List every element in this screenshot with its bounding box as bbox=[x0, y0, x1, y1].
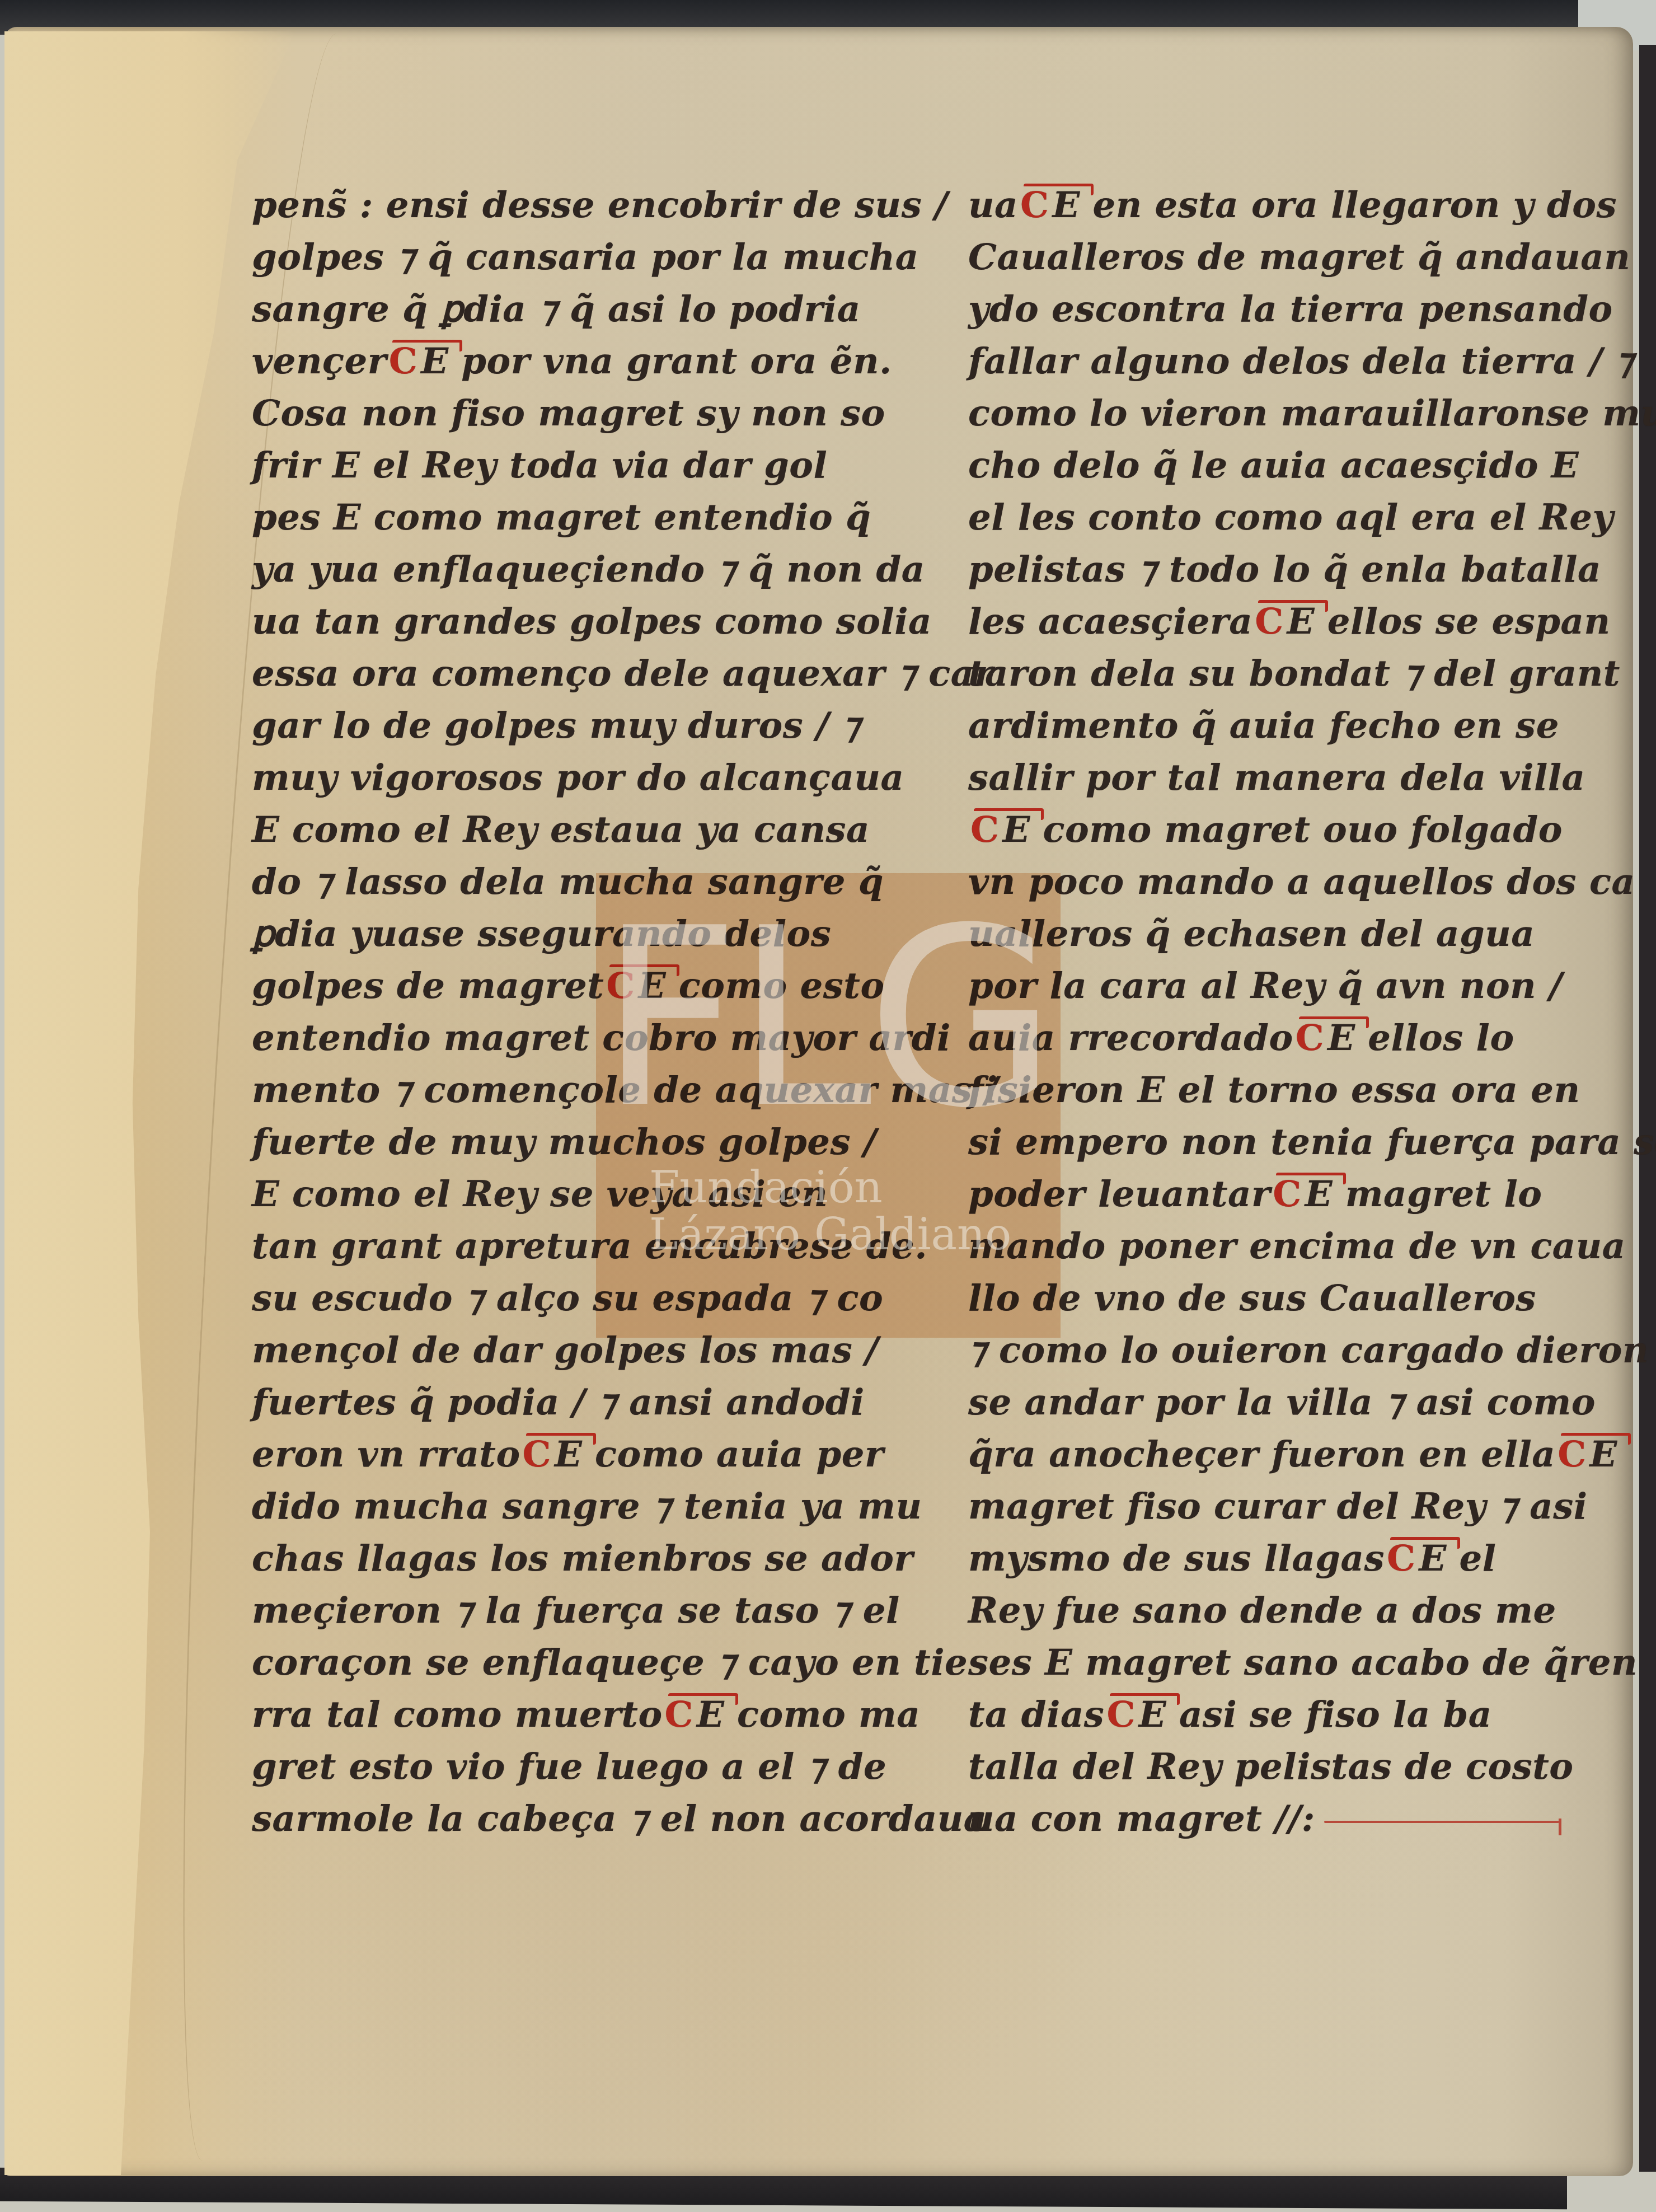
line-text: E como el Rey estaua ya cansa bbox=[252, 809, 870, 851]
manuscript-line: rra tal como muertoCE como ma bbox=[252, 1689, 946, 1741]
line-text: chas llagas los mienbros se ador bbox=[252, 1538, 913, 1580]
manuscript-line: muy vigorosos por do alcançaua bbox=[252, 752, 946, 804]
line-text: Caualleros de magret q̃ andauan bbox=[968, 236, 1630, 278]
line-text-after-rubric: E como magret ouo folgado bbox=[1002, 809, 1563, 851]
rubric-pilcrow-icon: C bbox=[1255, 596, 1283, 648]
manuscript-line: llo de vno de sus Caualleros bbox=[968, 1272, 1656, 1324]
manuscript-line: mando poner encima de vn caua bbox=[968, 1220, 1656, 1272]
manuscript-line: meçieron ⁊ la fuerça se taso ⁊ el bbox=[252, 1585, 946, 1637]
manuscript-line: fisieron E el torno essa ora en bbox=[968, 1064, 1656, 1116]
line-text: pens̃ : ensi desse encobrir de sus / bbox=[252, 184, 948, 226]
line-text: dido mucha sangre ⁊ tenia ya mu bbox=[252, 1485, 922, 1527]
rubric-pilcrow-icon: C bbox=[1106, 1689, 1135, 1741]
manuscript-line: frir E el Rey toda via dar gol bbox=[252, 439, 946, 491]
line-text: muy vigorosos por do alcançaua bbox=[252, 757, 904, 799]
manuscript-line: vn poco mando a aquellos dos ca bbox=[968, 856, 1656, 908]
line-text: ydo escontra la tierra pensando bbox=[968, 288, 1613, 330]
manuscript-line: ualleros q̃ echasen del agua bbox=[968, 908, 1656, 960]
rubric-pilcrow-icon: C bbox=[1558, 1428, 1586, 1480]
line-text: Cosa non fiso magret sy non so bbox=[252, 392, 885, 434]
line-text-after-rubric: E como auia per bbox=[555, 1433, 884, 1475]
line-text: fuertes q̃ podia / ⁊ ansi andodi bbox=[252, 1381, 865, 1423]
rubric-pilcrow-icon: C bbox=[970, 804, 999, 856]
line-text: ardimento q̃ auia fecho en se bbox=[968, 705, 1559, 747]
manuscript-line: mysmo de sus llagasCE el bbox=[968, 1533, 1656, 1585]
line-text: ua bbox=[968, 184, 1018, 226]
line-text: taron dela su bondat ⁊ del grant bbox=[968, 653, 1620, 695]
watermark-caption: Fundación Lázaro Galdiano bbox=[649, 1164, 1011, 1258]
line-text: Rey fue sano dende a dos me bbox=[968, 1590, 1556, 1632]
line-text: ses E magret sano acabo de q̃ren bbox=[968, 1642, 1638, 1684]
manuscript-line: q̃ra anocheçer fueron en ellaCE bbox=[968, 1428, 1656, 1480]
line-text: golpes de magret bbox=[252, 965, 604, 1007]
rubric-pilcrow-icon: C bbox=[1296, 1012, 1324, 1064]
manuscript-line: ses E magret sano acabo de q̃ren bbox=[968, 1637, 1656, 1689]
line-text: magret fiso curar del Rey ⁊ asi bbox=[968, 1485, 1588, 1527]
manuscript-line: el les conto como aql era el Rey bbox=[968, 491, 1656, 543]
line-text: pes E como magret entendio q̃ bbox=[252, 496, 871, 538]
manuscript-line: poder leuantarCE magret lo bbox=[968, 1168, 1656, 1220]
rubric-pilcrow-icon: C bbox=[389, 335, 417, 387]
watermark-logo: FLG bbox=[599, 896, 1063, 1142]
manuscript-line: E como el Rey estaua ya cansa bbox=[252, 804, 946, 856]
manuscript-line: si empero non tenia fuerça para se bbox=[968, 1116, 1656, 1168]
rubric-pilcrow-icon: C bbox=[1020, 179, 1049, 231]
line-text: gar lo de golpes muy duros / ⁊ bbox=[252, 705, 860, 747]
manuscript-line: fuertes q̃ podia / ⁊ ansi andodi bbox=[252, 1376, 946, 1428]
manuscript-line: uaCE en esta ora llegaron y dos bbox=[968, 179, 1656, 231]
manuscript-line: magret fiso curar del Rey ⁊ asi bbox=[968, 1480, 1656, 1533]
manuscript-line: Caualleros de magret q̃ andauan bbox=[968, 231, 1656, 283]
manuscript-line: como lo vieron marauillaronse mu bbox=[968, 387, 1656, 439]
line-text: frir E el Rey toda via dar gol bbox=[252, 444, 827, 486]
manuscript-line: golpes ⁊ q̃ cansaria por la mucha bbox=[252, 231, 946, 283]
line-text: se andar por la villa ⁊ asi como bbox=[968, 1381, 1596, 1423]
line-text: ⁊ como lo ouieron cargado dieron bbox=[968, 1329, 1649, 1371]
manuscript-line: auia rrecordadoCE ellos lo bbox=[968, 1012, 1656, 1064]
line-text: fallar alguno delos dela tierra / ⁊ bbox=[968, 340, 1634, 382]
line-text-after-rubric: E en esta ora llegaron y dos bbox=[1052, 184, 1617, 226]
line-text-after-rubric: E ellos se espan bbox=[1287, 601, 1611, 643]
line-text: el les conto como aql era el Rey bbox=[968, 496, 1613, 538]
line-text: cho delo q̃ le auia acaesçido E bbox=[968, 444, 1579, 486]
explicit-red-rule bbox=[1324, 1821, 1559, 1823]
manuscript-line: vençerCE por vna grant ora ẽn. bbox=[252, 335, 946, 387]
line-text: essa ora començo dele aquexar ⁊ car bbox=[252, 653, 993, 695]
manuscript-line: ua con magret //: bbox=[968, 1793, 1656, 1845]
manuscript-line: CE como magret ouo folgado bbox=[968, 804, 1656, 856]
right-column: uaCE en esta ora llegaron y dosCauallero… bbox=[968, 179, 1656, 1845]
line-text: golpes ⁊ q̃ cansaria por la mucha bbox=[252, 236, 919, 278]
line-text: q̃ra anocheçer fueron en ella bbox=[968, 1433, 1555, 1475]
manuscript-line: dido mucha sangre ⁊ tenia ya mu bbox=[252, 1480, 946, 1533]
line-text: vençer bbox=[252, 340, 387, 382]
manuscript-line: se andar por la villa ⁊ asi como bbox=[968, 1376, 1656, 1428]
rubric-pilcrow-icon: C bbox=[1387, 1533, 1415, 1585]
line-text: mysmo de sus llagas bbox=[968, 1538, 1385, 1580]
manuscript-line: sangre q̃ ꝑdia ⁊ q̃ asi lo podria bbox=[252, 283, 946, 335]
line-text: sallir por tal manera dela villa bbox=[968, 757, 1585, 799]
manuscript-line: gret esto vio fue luego a el ⁊ de bbox=[252, 1741, 946, 1793]
manuscript-line: pes E como magret entendio q̃ bbox=[252, 491, 946, 543]
manuscript-line: ua tan grandes golpes como solia bbox=[252, 596, 946, 648]
manuscript-line: por la cara al Rey q̃ avn non / bbox=[968, 960, 1656, 1012]
manuscript-line: ya yua enflaqueçiendo ⁊ q̃ non da bbox=[252, 543, 946, 596]
line-text: como lo vieron marauillaronse mu bbox=[968, 392, 1656, 434]
line-text: rra tal como muerto bbox=[252, 1694, 663, 1736]
line-text: talla del Rey pelistas de costo bbox=[968, 1746, 1574, 1788]
line-text: ua tan grandes golpes como solia bbox=[252, 601, 932, 643]
rubric-pilcrow-icon: C bbox=[523, 1428, 551, 1480]
watermark-caption-line1: Fundación bbox=[649, 1164, 1011, 1211]
line-text: sarmole la cabeça ⁊ el non acordaua bbox=[252, 1798, 987, 1840]
manuscript-line: fallar alguno delos dela tierra / ⁊ bbox=[968, 335, 1656, 387]
line-text-after-rubric: E por vna grant ora ẽn. bbox=[421, 340, 892, 382]
manuscript-line: pens̃ : ensi desse encobrir de sus / bbox=[252, 179, 946, 231]
watermark-caption-line2: Lázaro Galdiano bbox=[649, 1211, 1011, 1258]
line-text: si empero non tenia fuerça para se bbox=[968, 1121, 1656, 1163]
manuscript-line: essa ora començo dele aquexar ⁊ car bbox=[252, 648, 946, 700]
line-text: pelistas ⁊ todo lo q̃ enla batalla bbox=[968, 549, 1601, 591]
manuscript-line: talla del Rey pelistas de costo bbox=[968, 1741, 1656, 1793]
line-text: les acaesçiera bbox=[968, 601, 1252, 643]
manuscript-line: ta diasCE asi se fiso la ba bbox=[968, 1689, 1656, 1741]
line-text: vn poco mando a aquellos dos ca bbox=[968, 861, 1635, 903]
manuscript-line: sarmole la cabeça ⁊ el non acordaua bbox=[252, 1793, 946, 1845]
manuscript-line: chas llagas los mienbros se ador bbox=[252, 1533, 946, 1585]
rubric-pilcrow-icon: C bbox=[1273, 1168, 1301, 1220]
rubric-pilcrow-icon: C bbox=[665, 1689, 693, 1741]
manuscript-line: ⁊ como lo ouieron cargado dieron bbox=[968, 1324, 1656, 1376]
line-text: ta dias bbox=[968, 1694, 1104, 1736]
manuscript-line: les acaesçieraCE ellos se espan bbox=[968, 596, 1656, 648]
manuscript-line: taron dela su bondat ⁊ del grant bbox=[968, 648, 1656, 700]
manuscript-line: pelistas ⁊ todo lo q̃ enla batalla bbox=[968, 543, 1656, 596]
line-text: eron vn rrato bbox=[252, 1433, 520, 1475]
manuscript-line: eron vn rratoCE como auia per bbox=[252, 1428, 946, 1480]
manuscript-line: ardimento q̃ auia fecho en se bbox=[968, 700, 1656, 752]
manuscript-line: Cosa non fiso magret sy non so bbox=[252, 387, 946, 439]
line-text: ua con magret //: bbox=[968, 1798, 1315, 1840]
line-text: mando poner encima de vn caua bbox=[968, 1225, 1626, 1267]
line-text: sangre q̃ ꝑdia ⁊ q̃ asi lo podria bbox=[252, 288, 861, 330]
line-text: ya yua enflaqueçiendo ⁊ q̃ non da bbox=[252, 549, 925, 591]
line-text: gret esto vio fue luego a el ⁊ de bbox=[252, 1746, 886, 1788]
line-text: meçieron ⁊ la fuerça se taso ⁊ el bbox=[252, 1590, 900, 1632]
line-text: coraçon se enflaqueçe ⁊ cayo en tie bbox=[252, 1642, 968, 1684]
manuscript-line: ydo escontra la tierra pensando bbox=[968, 283, 1656, 335]
manuscript-line: Rey fue sano dende a dos me bbox=[968, 1585, 1656, 1637]
manuscript-line: sallir por tal manera dela villa bbox=[968, 752, 1656, 804]
line-text-after-rubric: E asi se fiso la ba bbox=[1139, 1694, 1492, 1736]
manuscript-line: coraçon se enflaqueçe ⁊ cayo en tie bbox=[252, 1637, 946, 1689]
manuscript-line: gar lo de golpes muy duros / ⁊ bbox=[252, 700, 946, 752]
manuscript-line: cho delo q̃ le auia acaesçido E bbox=[968, 439, 1656, 491]
